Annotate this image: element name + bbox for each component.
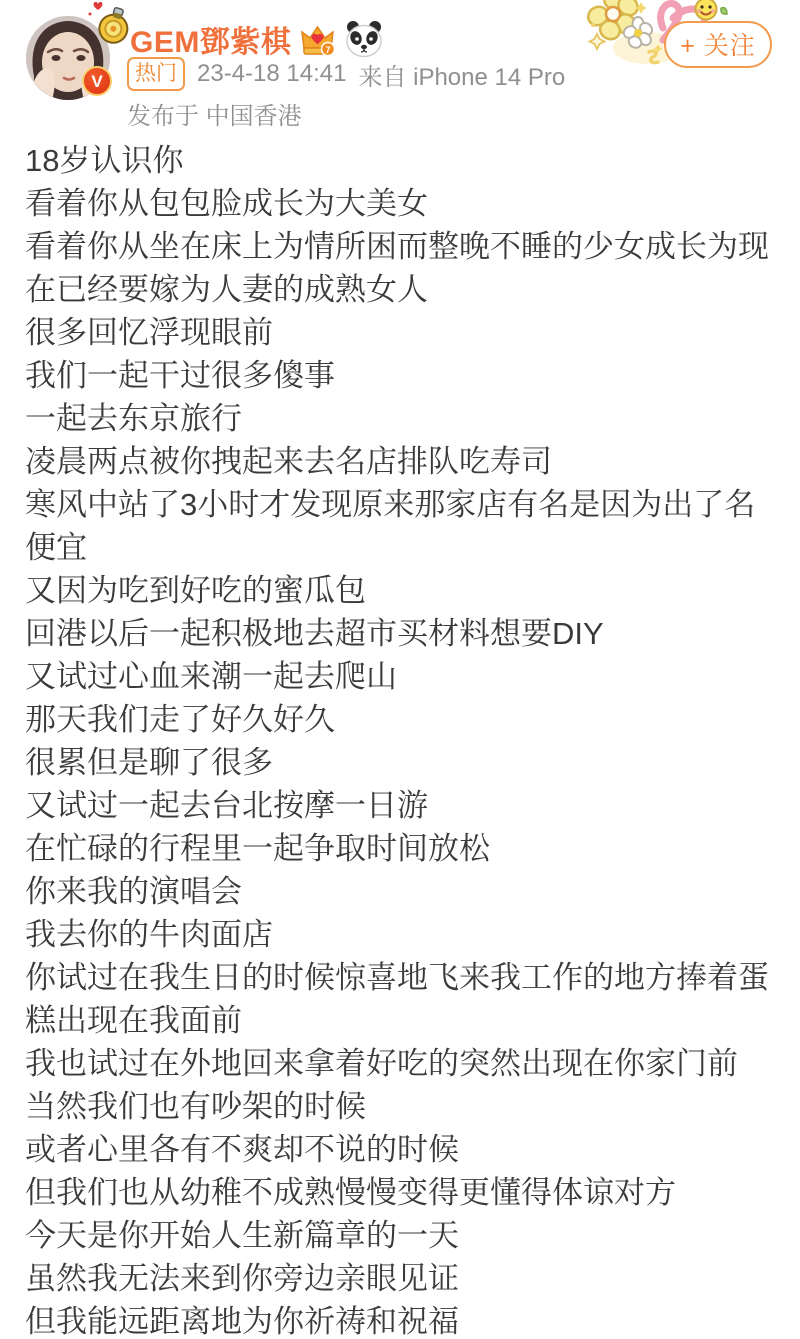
post-text-line: 今天是你开始人生新篇章的一天 (25, 1214, 780, 1257)
post-text-line: 很累但是聊了很多 (25, 741, 780, 784)
weibo-post-page: + 关注 V GEM鄧紫棋 (0, 0, 800, 1339)
vip-level-number: 7 (326, 45, 331, 55)
post-meta-row: 热门 23-4-18 14:41 来自 iPhone 14 Pro (127, 58, 565, 90)
verified-badge-icon: V (82, 66, 112, 96)
post-text-line: 我们一起干过很多傻事 (25, 354, 780, 397)
post-text-line: 我去你的牛肉面店 (25, 913, 780, 956)
post-timestamp: 23-4-18 14:41 (197, 60, 346, 88)
follow-button[interactable]: + 关注 (664, 21, 772, 68)
post-text-line: 但我们也从幼稚不成熟慢慢变得更懂得体谅对方 (25, 1171, 780, 1214)
post-text-line: 看着你从包包脸成长为大美女 (25, 182, 780, 225)
post-text-line: 看着你从坐在床上为情所困而整晚不睡的少女成长为现在已经要嫁为人妻的成熟女人 (25, 225, 780, 311)
post-text-line: 很多回忆浮现眼前 (25, 311, 780, 354)
post-text-line: 一起去东京旅行 (25, 397, 780, 440)
user-name-row: GEM鄧紫棋 7 (130, 18, 384, 60)
post-text-line: 你试过在我生日的时候惊喜地飞来我工作的地方捧着蛋糕出现在我面前 (25, 956, 780, 1042)
post-text-line: 18岁认识你 (25, 139, 780, 182)
post-body-text: 18岁认识你看着你从包包脸成长为大美女看着你从坐在床上为情所困而整晚不睡的少女成… (25, 139, 780, 1339)
post-text-line: 我也试过在外地回来拿着好吃的突然出现在你家门前 (25, 1042, 780, 1085)
post-text-line: 寒风中站了3小时才发现原来那家店有名是因为出了名便宜 (25, 483, 780, 569)
post-text-line: 或者心里各有不爽却不说的时候 (25, 1128, 780, 1171)
post-text-line: 但我能远距离地为你祈祷和祝福 (25, 1300, 780, 1339)
vip-crown-level-icon: 7 (300, 22, 335, 57)
post-text-line: 又因为吃到好吃的蜜瓜包 (25, 569, 780, 612)
post-text-line: 当然我们也有吵架的时候 (25, 1085, 780, 1128)
post-text-line: 回港以后一起积极地去超市买材料想要DIY (25, 612, 780, 655)
post-text-line: 虽然我无法来到你旁边亲眼见证 (25, 1257, 780, 1300)
post-text-line: 凌晨两点被你拽起来去名店排队吃寿司 (25, 440, 780, 483)
post-text-line: 又试过心血来潮一起去爬山 (25, 655, 780, 698)
post-text-line: 在忙碌的行程里一起争取时间放松 (25, 827, 780, 870)
post-text-line: 又试过一起去台北按摩一日游 (25, 784, 780, 827)
hot-badge: 热门 (127, 57, 185, 91)
post-source[interactable]: 来自 iPhone 14 Pro (358, 57, 565, 92)
panda-emoji-icon (344, 19, 384, 59)
username[interactable]: GEM鄧紫棋 (130, 17, 291, 61)
post-text-line: 那天我们走了好久好久 (25, 698, 780, 741)
post-text-line: 你来我的演唱会 (25, 870, 780, 913)
post-location: 发布于 中国香港 (127, 96, 302, 131)
